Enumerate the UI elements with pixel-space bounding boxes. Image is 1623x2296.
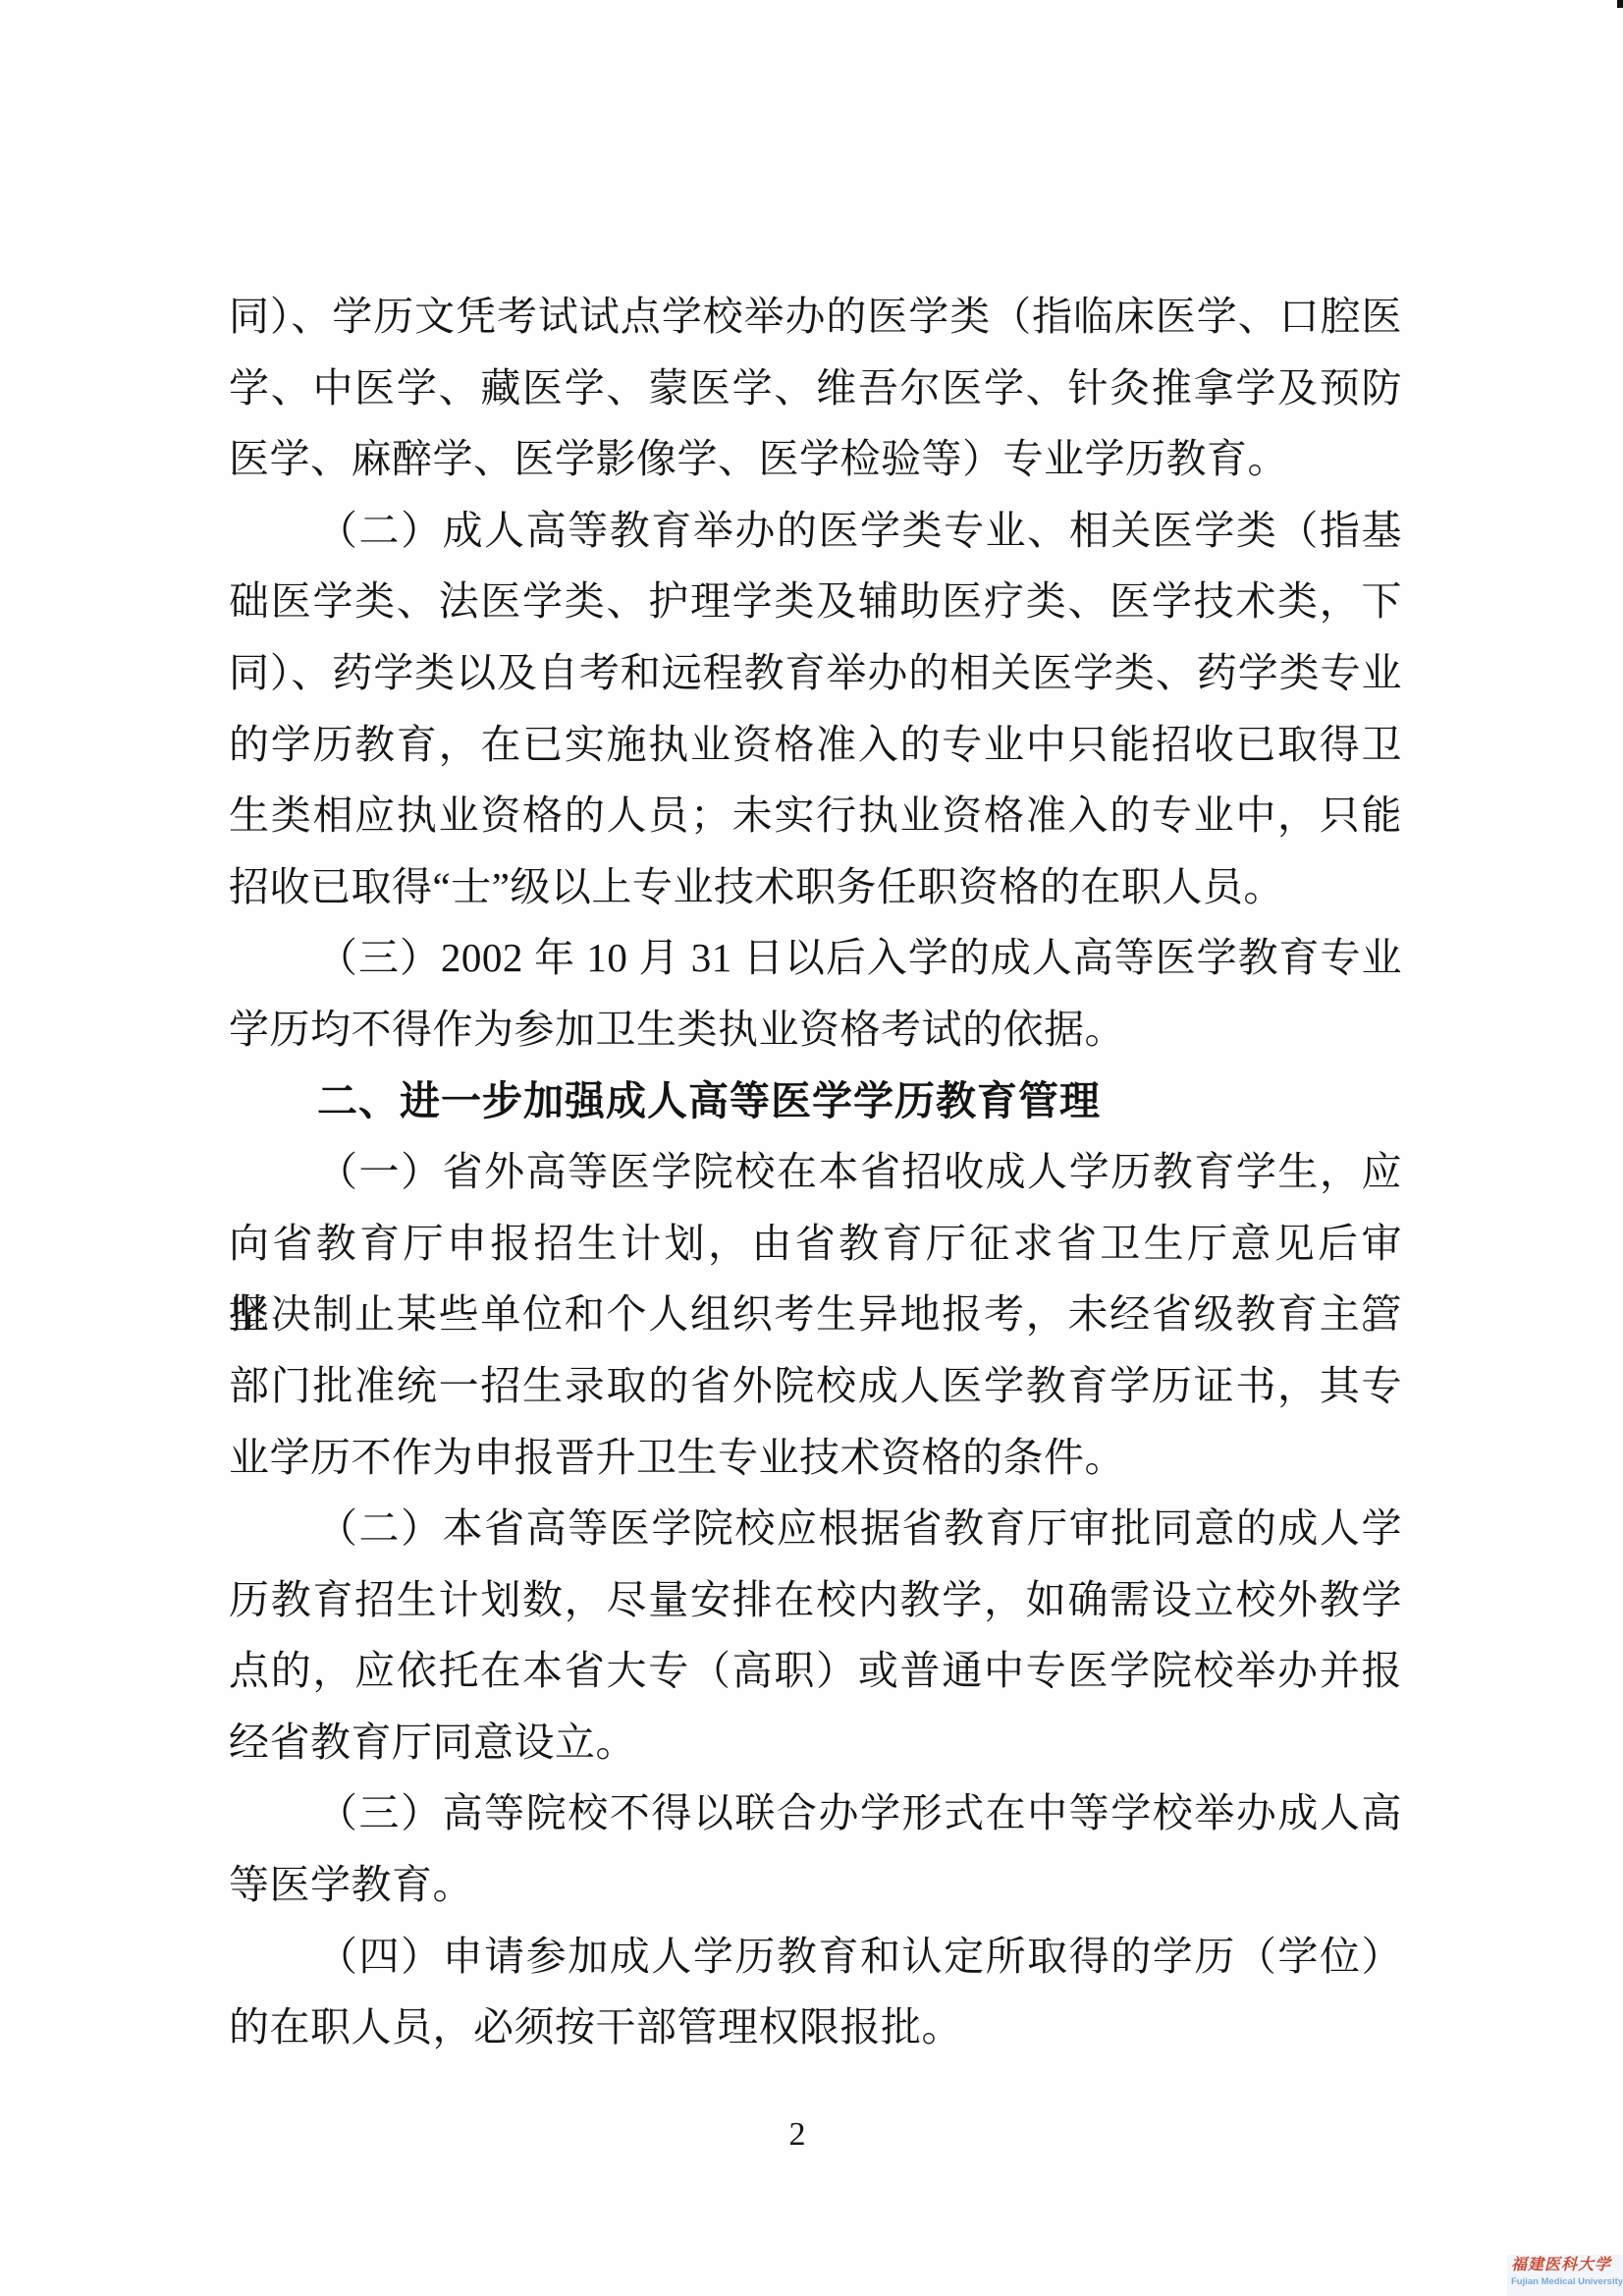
watermark-chinese-text: 福建医科大学 bbox=[1511, 2255, 1623, 2276]
text-line: 的在职人员，必须按干部管理权限报批。 bbox=[229, 1992, 1402, 2063]
section-heading: 二、进一步加强成人高等医学学历教育管理 bbox=[229, 1066, 1402, 1137]
text-line: 生类相应执业资格的人员；未实行执业资格准入的专业中，只能 bbox=[229, 780, 1402, 851]
text-line: （一）省外高等医学院校在本省招收成人学历教育学生，应 bbox=[229, 1136, 1402, 1208]
watermark-english-text: Fujian Medical University bbox=[1511, 2276, 1623, 2287]
text-line: （三）2002 年 10 月 31 日以后入学的成人高等医学教育专业 bbox=[229, 922, 1402, 994]
text-line: （二）本省高等医学院校应根据省教育厅审批同意的成人学 bbox=[229, 1493, 1402, 1564]
text-line: 点的，应依托在本省大专（高职）或普通中专医学院校举办并报 bbox=[229, 1635, 1402, 1707]
text-line: （三）高等院校不得以联合办学形式在中等学校举办成人高 bbox=[229, 1777, 1402, 1849]
text-line: 坚决制止某些单位和个人组织考生异地报考，未经省级教育主管 bbox=[229, 1279, 1402, 1350]
text-line: 业学历不作为申报晋升卫生专业技术资格的条件。 bbox=[229, 1422, 1402, 1494]
watermark-logo: 福建医科大学 Fujian Medical University bbox=[1507, 2255, 1623, 2296]
text-line: 向省教育厅申报招生计划，由省教育厅征求省卫生厅意见后审批。 bbox=[229, 1208, 1402, 1280]
text-line: 医学、麻醉学、医学影像学、医学检验等）专业学历教育。 bbox=[229, 423, 1402, 495]
text-line: （四）申请参加成人学历教育和认定所取得的学历（学位） bbox=[229, 1921, 1402, 1993]
text-line: 历教育招生计划数，尽量安排在校内教学，如确需设立校外教学 bbox=[229, 1564, 1402, 1636]
document-body: 同）、学历文凭考试试点学校举办的医学类（指临床医学、口腔医 学、中医学、藏医学、… bbox=[229, 281, 1402, 2063]
text-line: 招收已取得“士”级以上专业技术职务任职资格的在职人员。 bbox=[229, 851, 1402, 923]
text-line: 同）、学历文凭考试试点学校举办的医学类（指临床医学、口腔医 bbox=[229, 281, 1402, 353]
text-line: 学、中医学、藏医学、蒙医学、维吾尔医学、针灸推拿学及预防 bbox=[229, 353, 1402, 424]
text-line: 部门批准统一招生录取的省外院校成人医学教育学历证书，其专 bbox=[229, 1350, 1402, 1422]
text-line: 础医学类、法医学类、护理学类及辅助医疗类、医学技术类，下 bbox=[229, 566, 1402, 637]
text-line: 的学历教育，在已实施执业资格准入的专业中只能招收已取得卫 bbox=[229, 709, 1402, 781]
document-page: 同）、学历文凭考试试点学校举办的医学类（指临床医学、口腔医 学、中医学、藏医学、… bbox=[0, 0, 1623, 2296]
page-number: 2 bbox=[774, 2109, 821, 2160]
text-line: 学历均不得作为参加卫生类执业资格考试的依据。 bbox=[229, 994, 1402, 1066]
text-line: 同）、药学类以及自考和远程教育举办的相关医学类、药学类专业 bbox=[229, 637, 1402, 709]
scan-artifact bbox=[1617, 0, 1623, 8]
text-line: 等医学教育。 bbox=[229, 1849, 1402, 1921]
text-line: 经省教育厅同意设立。 bbox=[229, 1707, 1402, 1778]
text-line: （二）成人高等教育举办的医学类专业、相关医学类（指基 bbox=[229, 495, 1402, 567]
